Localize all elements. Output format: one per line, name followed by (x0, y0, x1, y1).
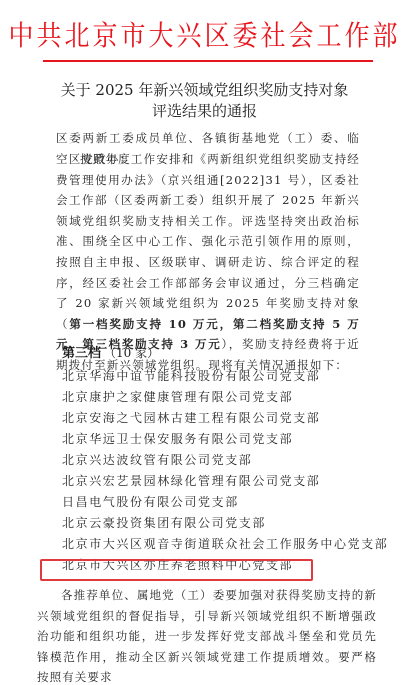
header-divider (43, 60, 373, 62)
body-paragraph-2: 各推荐单位、属地党（工）委要加强对获得奖励支持的新兴领域党组织的督促指导，引导新… (37, 585, 377, 685)
tier-label: 第三档 (62, 346, 101, 361)
list-item: 北京兴达波纹管有限公司党支部 (62, 450, 388, 471)
body-paragraph-1: 按照年度工作安排和《两新组织党组织奖励支持经费管理使用办法》（京兴组通[2022… (56, 149, 360, 376)
document-header: 中共北京市大兴区委社会工作部 (0, 18, 409, 54)
list-item: 北京云豪投资集团有限公司党支部 (62, 513, 388, 534)
document-title: 关于 2025 年新兴领域党组织奖励支持对象 评选结果的通报 (0, 80, 409, 122)
para1-text-a: 按照年度工作安排和《两新组织党组织奖励支持经费管理使用办法》（京兴组通[2022… (56, 152, 360, 331)
list-item: 北京康护之家健康管理有限公司党支部 (62, 387, 388, 408)
list-item: 北京市大兴区观音寺街道联众社会工作服务中心党支部 (62, 534, 388, 555)
tier-count: （10 家） (104, 346, 159, 360)
organization-list: 北京华海中谊节能科技股份有限公司党支部 北京康护之家健康管理有限公司党支部 北京… (62, 366, 388, 576)
list-item: 北京华远卫士保安服务有限公司党支部 (62, 429, 388, 450)
list-item: 北京安海之弋园林古建工程有限公司党支部 (62, 408, 388, 429)
list-item: 北京华海中谊节能科技股份有限公司党支部 (62, 366, 388, 387)
list-item: 日昌电气股份有限公司党支部 (62, 492, 388, 513)
section-heading-tier-3: 第三档（10 家） (62, 343, 159, 364)
title-line-1: 关于 2025 年新兴领域党组织奖励支持对象 (0, 80, 409, 101)
issuing-organization: 中共北京市大兴区委社会工作部 (8, 16, 400, 56)
list-item: 北京兴宏艺景园林绿化管理有限公司党支部 (62, 471, 388, 492)
title-line-2: 评选结果的通报 (0, 101, 409, 122)
highlight-annotation-box (40, 559, 313, 581)
